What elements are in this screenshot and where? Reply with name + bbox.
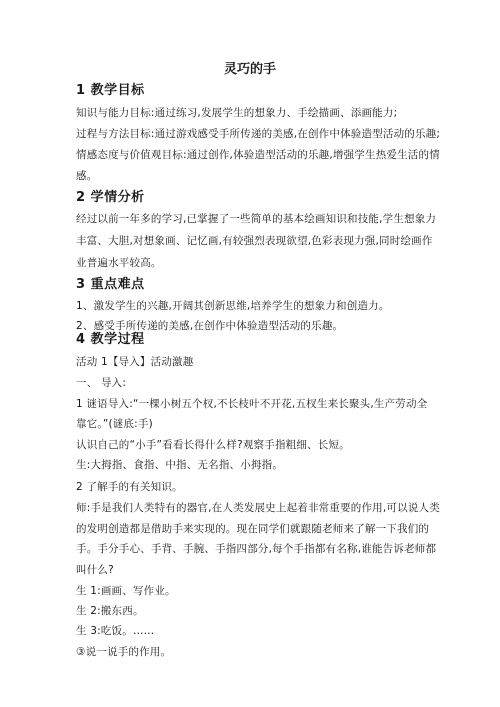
document-title: 灵巧的手 xyxy=(76,60,424,80)
paragraph-line: 师:手是我们人类特有的器官,在人类发展史上起着非常重要的作用,可以说人类 xyxy=(76,501,440,515)
paragraph-line: 1、激发学生的兴趣,开阔其创新思维,培养学生的想象力和创造力。 xyxy=(76,299,390,313)
paragraph-line: 认识自己的“小手”看看长得什么样?观察手指粗细、长短。 xyxy=(76,438,350,452)
paragraph-line: 生 1:画画、写作业。 xyxy=(76,584,176,598)
paragraph-line: 经过以前一年多的学习,已掌握了一些简单的基本绘画知识和技能,学生想象力 xyxy=(76,212,436,226)
section-heading-analysis: 2 学情分析 xyxy=(76,189,145,207)
paragraph-line: 的发明创造都是借助手来实现的。现在同学们就跟随老师来了解一下我们的 xyxy=(76,522,429,536)
paragraph-line: 靠它。”(谜底:手) xyxy=(76,417,153,431)
paragraph-line: 知识与能力目标:通过练习,发展学生的想象力、手绘描画、添画能力; xyxy=(76,106,397,120)
section-heading-key-points: 3 重点难点 xyxy=(76,276,145,294)
paragraph-line: 感。 xyxy=(76,169,97,183)
paragraph-line: 生 3:吃饭。…… xyxy=(76,624,154,638)
paragraph-line: 一、 导入: xyxy=(76,376,126,390)
section-heading-process: 4 教学过程 xyxy=(76,331,145,349)
paragraph-line: 生 2:搬东西。 xyxy=(76,604,144,618)
paragraph-line: 生:大拇指、食指、中指、无名指、小拇指。 xyxy=(76,458,283,472)
paragraph-line: 1 谜语导入:“一棵小树五个杈,不长枝叶不开花,五杈生来长聚头,生产劳动全 xyxy=(76,397,427,411)
paragraph-line: 过程与方法目标:通过游戏感受手所传递的美感,在创作中体验造型活动的乐趣; xyxy=(76,127,440,141)
paragraph-line: 情感态度与价值观目标:通过创作,体验造型活动的乐趣,增强学生热爱生活的情 xyxy=(76,148,440,162)
paragraph-line: 手。手分手心、手背、手腕、手指四部分,每个手指都有名称,谁能告诉老师都 xyxy=(76,542,436,556)
paragraph-line: 2 了解手的有关知识。 xyxy=(76,480,183,494)
paragraph-line: 叫什么? xyxy=(76,563,114,577)
paragraph-line: 活动 1【导入】活动激趣 xyxy=(76,355,193,369)
paragraph-line: ③说一说手的作用。 xyxy=(76,645,171,659)
paragraph-line: 业普遍水平较高。 xyxy=(76,256,162,270)
paragraph-line: 丰富、大胆,对想象画、记忆画,有较强烈表现欲望,色彩表现力强,同时绘画作 xyxy=(76,234,433,248)
section-heading-objectives: 1 教学目标 xyxy=(76,82,145,100)
